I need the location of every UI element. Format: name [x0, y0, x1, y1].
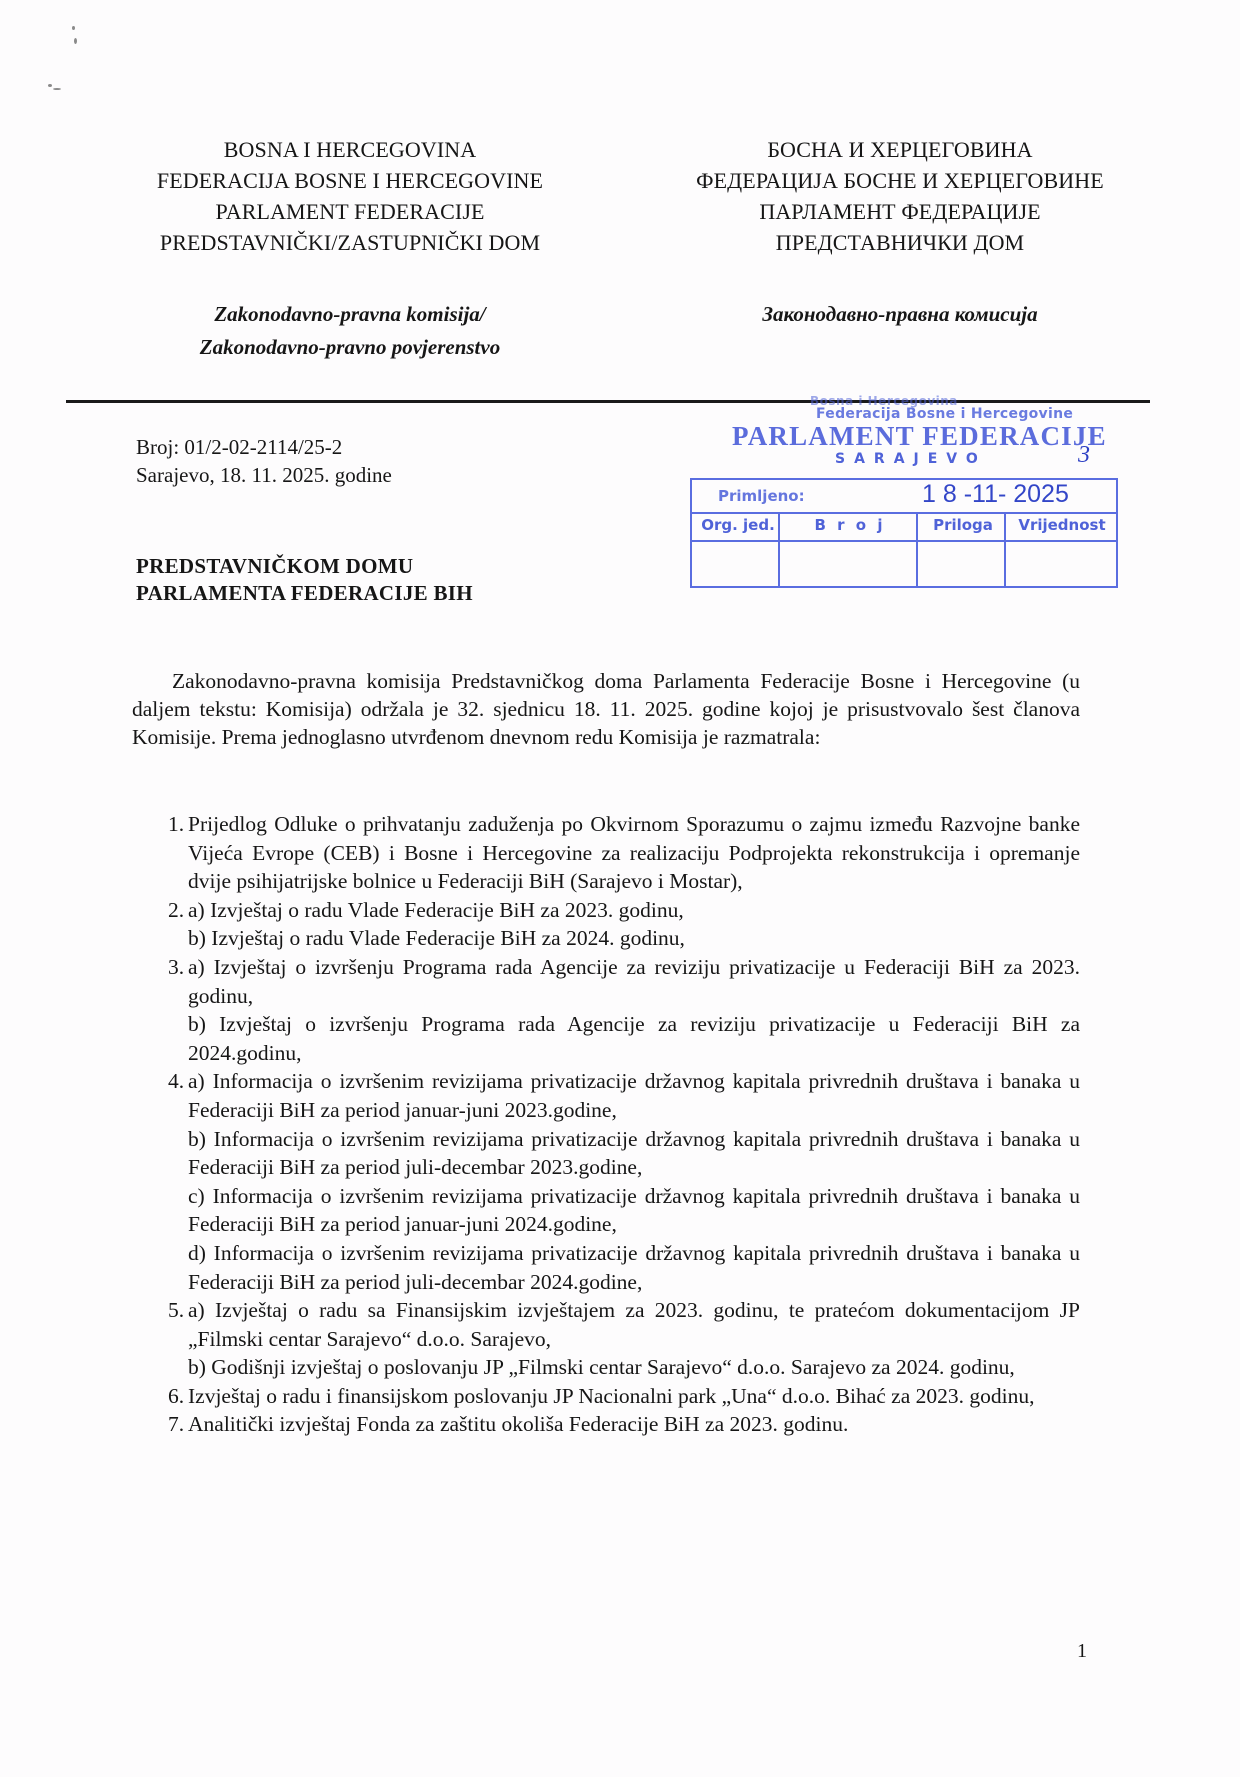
stamp-col-value: Vrijednost	[1008, 516, 1116, 534]
stamp-table: Primljeno: 1 8 -11- 2025 Org. jed. B r o…	[690, 478, 1118, 588]
header-latin-line: PREDSTAVNIČKI/ZASTUPNIČKI DOM	[90, 227, 610, 258]
agenda-item-number: 2.	[168, 896, 186, 925]
agenda-item: 1.Prijedlog Odluke o prihvatanju zadužen…	[132, 810, 1080, 896]
agenda-item-text: Prijedlog Odluke o prihvatanju zaduženja…	[188, 810, 1080, 896]
agenda-item-text: Izvještaj o radu i finansijskom poslovan…	[188, 1382, 1080, 1411]
agenda-item-text: a) Izvještaj o izvršenju Programa rada A…	[188, 953, 1080, 1010]
agenda-item-number: 6.	[168, 1382, 186, 1411]
agenda-item-number: 3.	[168, 953, 186, 982]
header-latin-line: BOSNA I HERCEGOVINA	[90, 134, 610, 165]
agenda-item: 4.a) Informacija o izvršenim revizijama …	[132, 1067, 1080, 1296]
stamp-col-number: B r o j	[782, 516, 918, 534]
header-cyrillic-line: ПАРЛАМЕНТ ФЕДЕРАЦИЈЕ	[640, 196, 1160, 227]
committee-name-line: Zakonodavno-pravno povjerenstvo	[90, 331, 610, 364]
agenda-item: 7.Analitički izvještaj Fonda za zaštitu …	[132, 1410, 1080, 1439]
agenda-item: 3.a) Izvještaj o izvršenju Programa rada…	[132, 953, 1080, 1067]
received-stamp: Bosna i Hercegovina Federacija Bosne i H…	[690, 394, 1122, 594]
agenda-item-text: a) Izvještaj o radu sa Finansijskim izvj…	[188, 1296, 1080, 1353]
committee-name-cyrillic: Законодавно-правна комисија	[640, 298, 1160, 331]
agenda-item-text: b) Izvještaj o izvršenju Programa rada A…	[188, 1010, 1080, 1067]
header-cyrillic-line: ФЕДЕРАЦИЈА БОСНЕ И ХЕРЦЕГОВИНЕ	[640, 165, 1160, 196]
intro-paragraph: Zakonodavno-pravna komisija Predstavničk…	[132, 667, 1080, 751]
recipient-line: PARLAMENTA FEDERACIJE BIH	[136, 580, 473, 607]
stamp-col-org: Org. jed.	[696, 516, 780, 534]
agenda-item-text: a) Informacija o izvršenim revizijama pr…	[188, 1067, 1080, 1124]
page-number: 1	[1077, 1640, 1087, 1663]
agenda-item-number: 5.	[168, 1296, 186, 1325]
document-reference: Broj: 01/2-02-2114/25-2 Sarajevo, 18. 11…	[136, 433, 392, 489]
stamp-received-row: Primljeno: 1 8 -11- 2025	[692, 480, 1116, 514]
header-cyrillic: БОСНА И ХЕРЦЕГОВИНА ФЕДЕРАЦИЈА БОСНЕ И Х…	[640, 134, 1160, 258]
document-number: Broj: 01/2-02-2114/25-2	[136, 433, 392, 461]
stamp-institution: PARLAMENT FEDERACIJE	[732, 421, 1107, 452]
recipient: PREDSTAVNIČKOM DOMU PARLAMENTA FEDERACIJ…	[136, 553, 473, 607]
agenda-item-text: b) Godišnji izvještaj o poslovanju JP „F…	[188, 1353, 1080, 1382]
stamp-entity: Federacija Bosne i Hercegovine	[816, 406, 1073, 422]
recipient-line: PREDSTAVNIČKOM DOMU	[136, 553, 473, 580]
header-cyrillic-line: БОСНА И ХЕРЦЕГОВИНА	[640, 134, 1160, 165]
committee-name-line: Zakonodavno-pravna komisija/	[90, 298, 610, 331]
agenda-item-text: a) Izvještaj o radu Vlade Federacije BiH…	[188, 896, 1080, 925]
header-latin: BOSNA I HERCEGOVINA FEDERACIJA BOSNE I H…	[90, 134, 610, 258]
header-latin-line: FEDERACIJA BOSNE I HERCEGOVINE	[90, 165, 610, 196]
stamp-city: SARAJEVO	[835, 451, 987, 467]
stamp-handwritten-mark: 3	[1078, 442, 1090, 469]
agenda-item-number: 1.	[168, 810, 186, 839]
scan-artifacts	[40, 20, 80, 100]
agenda-item: 5.a) Izvještaj o radu sa Finansijskim iz…	[132, 1296, 1080, 1382]
document-place-date: Sarajevo, 18. 11. 2025. godine	[136, 461, 392, 489]
committee-name-latin: Zakonodavno-pravna komisija/ Zakonodavno…	[90, 298, 610, 364]
stamp-received-date: 1 8 -11- 2025	[922, 480, 1069, 509]
header-latin-line: PARLAMENT FEDERACIJE	[90, 196, 610, 227]
stamp-col-attachments: Priloga	[920, 516, 1006, 534]
agenda-item-number: 4.	[168, 1067, 186, 1096]
document-page: BOSNA I HERCEGOVINA FEDERACIJA BOSNE I H…	[0, 0, 1240, 1777]
agenda-list: 1.Prijedlog Odluke o prihvatanju zadužen…	[132, 810, 1080, 1439]
agenda-item: 2.a) Izvještaj o radu Vlade Federacije B…	[132, 896, 1080, 953]
agenda-item-text: b) Izvještaj o radu Vlade Federacije BiH…	[188, 924, 1080, 953]
stamp-received-label: Primljeno:	[718, 487, 805, 505]
agenda-item: 6.Izvještaj o radu i finansijskom poslov…	[132, 1382, 1080, 1411]
agenda-item-text: d) Informacija o izvršenim revizijama pr…	[188, 1239, 1080, 1296]
agenda-item-text: c) Informacija o izvršenim revizijama pr…	[188, 1182, 1080, 1239]
agenda-item-number: 7.	[168, 1410, 186, 1439]
agenda-item-text: b) Informacija o izvršenim revizijama pr…	[188, 1125, 1080, 1182]
agenda-item-text: Analitički izvještaj Fonda za zaštitu ok…	[188, 1410, 1080, 1439]
header-cyrillic-line: ПРЕДСТАВНИЧКИ ДОМ	[640, 227, 1160, 258]
